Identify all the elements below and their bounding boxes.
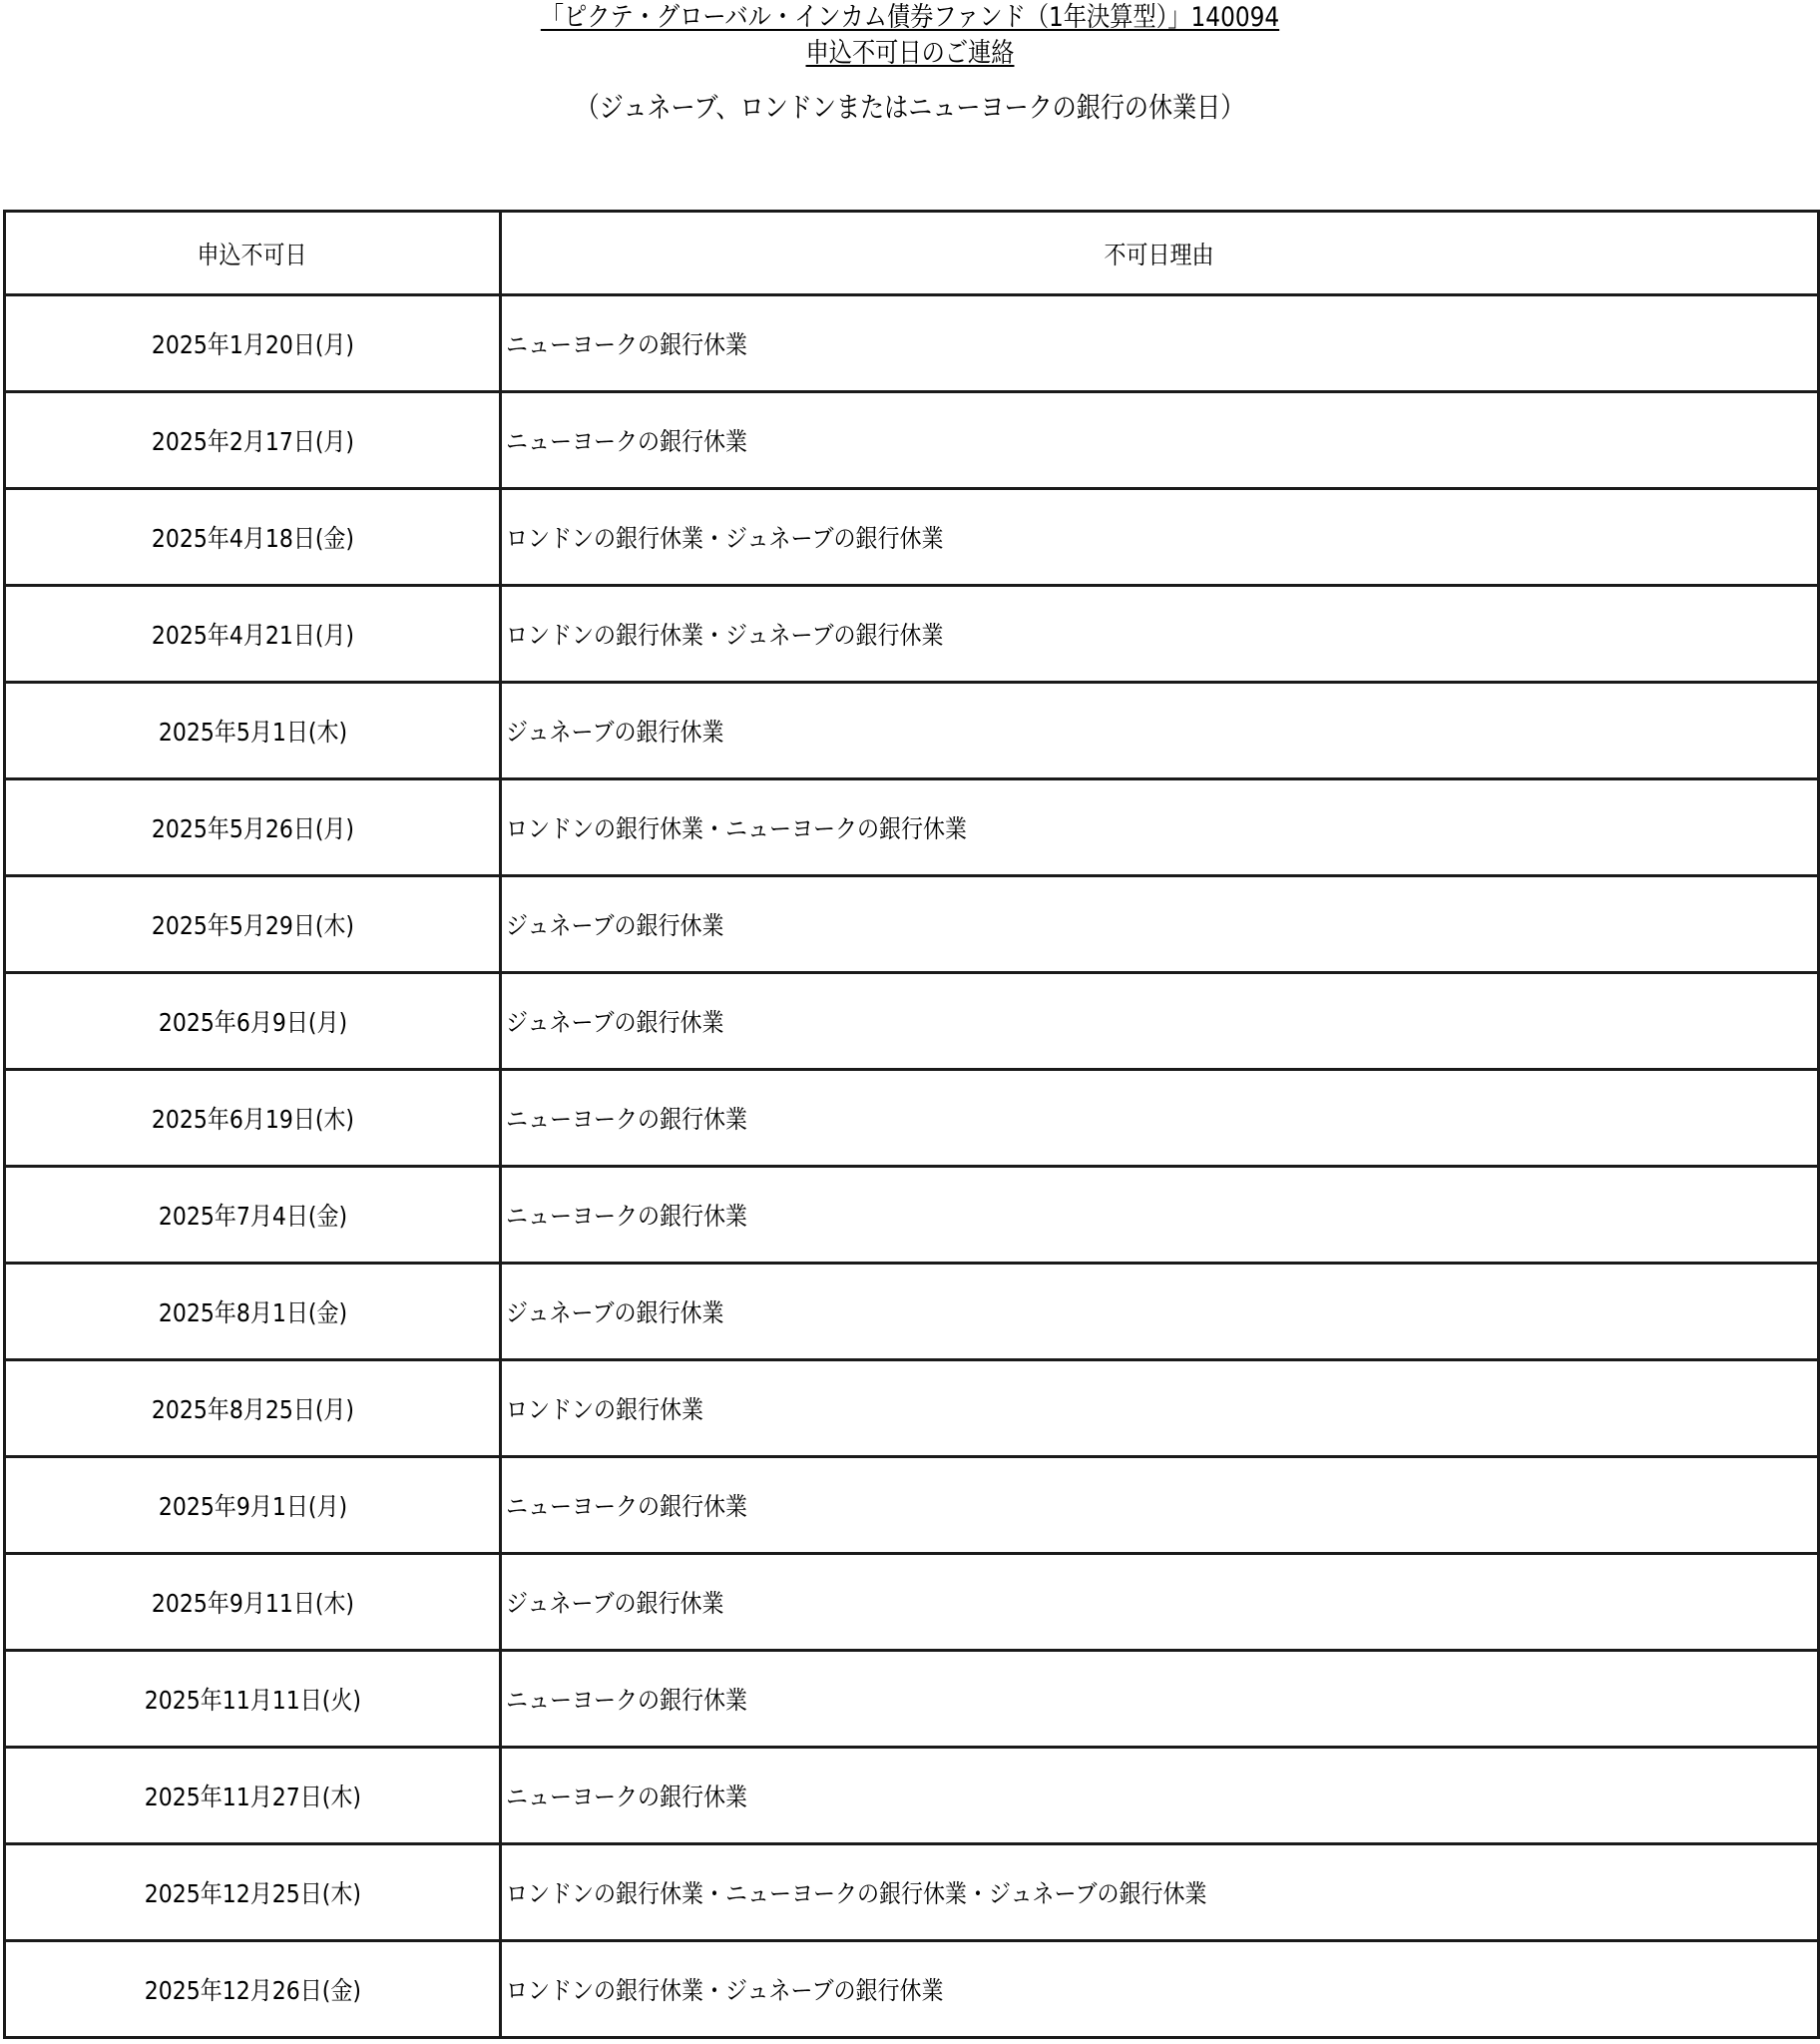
reason-cell: ロンドンの銀行休業・ニューヨークの銀行休業 bbox=[501, 779, 1819, 876]
non-application-dates-table: 申込不可日 不可日理由 2025年1月20日(月) ニューヨークの銀行休業 20… bbox=[3, 210, 1820, 2039]
reason-cell: ロンドンの銀行休業 bbox=[501, 1360, 1819, 1457]
table-row: 2025年8月25日(月) ロンドンの銀行休業 bbox=[5, 1360, 1819, 1457]
table-row: 2025年11月27日(木) ニューヨークの銀行休業 bbox=[5, 1748, 1819, 1844]
date-text: 2025年6月19日(木) bbox=[151, 1100, 353, 1136]
table-row: 2025年1月20日(月) ニューヨークの銀行休業 bbox=[5, 295, 1819, 392]
column-header-reason-label: 不可日理由 bbox=[1105, 236, 1214, 271]
date-cell: 2025年11月27日(木) bbox=[5, 1748, 501, 1844]
date-cell: 2025年6月9日(月) bbox=[5, 973, 501, 1070]
reason-text: ジュネーブの銀行休業 bbox=[506, 1584, 723, 1620]
date-cell: 2025年9月1日(月) bbox=[5, 1457, 501, 1554]
date-text: 2025年7月4日(金) bbox=[158, 1197, 346, 1233]
reason-text: ニューヨークの銀行休業 bbox=[506, 1778, 747, 1813]
reason-cell: ロンドンの銀行休業・ジュネーブの銀行休業 bbox=[501, 489, 1819, 586]
date-text: 2025年11月11日(火) bbox=[144, 1681, 360, 1717]
reason-text: ロンドンの銀行休業・ジュネーブの銀行休業 bbox=[506, 1971, 943, 2007]
reason-cell: ロンドンの銀行休業・ジュネーブの銀行休業 bbox=[501, 586, 1819, 683]
date-cell: 2025年9月11日(木) bbox=[5, 1554, 501, 1651]
reason-cell: ニューヨークの銀行休業 bbox=[501, 1748, 1819, 1844]
date-cell: 2025年5月26日(月) bbox=[5, 779, 501, 876]
reason-text: ロンドンの銀行休業・ジュネーブの銀行休業 bbox=[506, 616, 943, 652]
date-text: 2025年11月27日(木) bbox=[144, 1778, 360, 1813]
reason-text: ニューヨークの銀行休業 bbox=[506, 1681, 747, 1717]
reason-text: ジュネーブの銀行休業 bbox=[506, 1293, 723, 1329]
reason-text: ロンドンの銀行休業・ニューヨークの銀行休業・ジュネーブの銀行休業 bbox=[506, 1874, 1206, 1910]
page-subtitle: （ジュネーブ、ロンドンまたはニューヨークの銀行の休業日） bbox=[128, 88, 1693, 128]
date-cell: 2025年5月1日(木) bbox=[5, 683, 501, 779]
reason-text: ニューヨークの銀行休業 bbox=[506, 1100, 747, 1136]
date-cell: 2025年12月26日(金) bbox=[5, 1941, 501, 2038]
reason-cell: ニューヨークの銀行休業 bbox=[501, 1167, 1819, 1264]
table-row: 2025年4月21日(月) ロンドンの銀行休業・ジュネーブの銀行休業 bbox=[5, 586, 1819, 683]
date-text: 2025年12月26日(金) bbox=[144, 1971, 360, 2007]
table-row: 2025年2月17日(月) ニューヨークの銀行休業 bbox=[5, 392, 1819, 489]
table-row: 2025年7月4日(金) ニューヨークの銀行休業 bbox=[5, 1167, 1819, 1264]
reason-text: ジュネーブの銀行休業 bbox=[506, 713, 723, 749]
reason-cell: ジュネーブの銀行休業 bbox=[501, 683, 1819, 779]
table-row: 2025年5月29日(木) ジュネーブの銀行休業 bbox=[5, 876, 1819, 973]
reason-cell: ジュネーブの銀行休業 bbox=[501, 1264, 1819, 1360]
reason-cell: ニューヨークの銀行休業 bbox=[501, 1457, 1819, 1554]
date-cell: 2025年4月18日(金) bbox=[5, 489, 501, 586]
reason-cell: ニューヨークの銀行休業 bbox=[501, 295, 1819, 392]
reason-cell: ニューヨークの銀行休業 bbox=[501, 392, 1819, 489]
table-row: 2025年5月26日(月) ロンドンの銀行休業・ニューヨークの銀行休業 bbox=[5, 779, 1819, 876]
page-heading: 申込不可日のご連絡 bbox=[128, 36, 1693, 72]
date-text: 2025年4月21日(月) bbox=[151, 616, 353, 652]
reason-cell: ロンドンの銀行休業・ニューヨークの銀行休業・ジュネーブの銀行休業 bbox=[501, 1844, 1819, 1941]
date-text: 2025年2月17日(月) bbox=[151, 422, 353, 458]
table-row: 2025年6月19日(木) ニューヨークの銀行休業 bbox=[5, 1070, 1819, 1167]
reason-text: ロンドンの銀行休業・ジュネーブの銀行休業 bbox=[506, 519, 943, 555]
table-row: 2025年12月25日(木) ロンドンの銀行休業・ニューヨークの銀行休業・ジュネ… bbox=[5, 1844, 1819, 1941]
table-row: 2025年8月1日(金) ジュネーブの銀行休業 bbox=[5, 1264, 1819, 1360]
date-cell: 2025年6月19日(木) bbox=[5, 1070, 501, 1167]
date-text: 2025年9月1日(月) bbox=[158, 1487, 346, 1523]
table-row: 2025年12月26日(金) ロンドンの銀行休業・ジュネーブの銀行休業 bbox=[5, 1941, 1819, 2038]
column-header-date: 申込不可日 bbox=[5, 212, 501, 295]
table-header-row: 申込不可日 不可日理由 bbox=[5, 212, 1819, 295]
reason-cell: ジュネーブの銀行休業 bbox=[501, 876, 1819, 973]
reason-text: ニューヨークの銀行休業 bbox=[506, 1197, 747, 1233]
column-header-reason: 不可日理由 bbox=[501, 212, 1819, 295]
table-row: 2025年9月1日(月) ニューヨークの銀行休業 bbox=[5, 1457, 1819, 1554]
date-text: 2025年4月18日(金) bbox=[151, 519, 353, 555]
reason-cell: ジュネーブの銀行休業 bbox=[501, 1554, 1819, 1651]
date-cell: 2025年1月20日(月) bbox=[5, 295, 501, 392]
reason-text: ニューヨークの銀行休業 bbox=[506, 325, 747, 361]
date-text: 2025年8月1日(金) bbox=[158, 1293, 346, 1329]
date-text: 2025年5月29日(木) bbox=[151, 906, 353, 942]
date-cell: 2025年12月25日(木) bbox=[5, 1844, 501, 1941]
date-text: 2025年5月1日(木) bbox=[158, 713, 346, 749]
date-text: 2025年6月9日(月) bbox=[158, 1003, 346, 1039]
title-block: 「ピクテ・グローバル・インカム債券ファンド（1年決算型）」140094 申込不可… bbox=[0, 0, 1820, 128]
date-text: 2025年1月20日(月) bbox=[151, 325, 353, 361]
date-cell: 2025年8月1日(金) bbox=[5, 1264, 501, 1360]
date-cell: 2025年5月29日(木) bbox=[5, 876, 501, 973]
date-cell: 2025年4月21日(月) bbox=[5, 586, 501, 683]
reason-cell: ジュネーブの銀行休業 bbox=[501, 973, 1819, 1070]
date-cell: 2025年8月25日(月) bbox=[5, 1360, 501, 1457]
reason-text: ニューヨークの銀行休業 bbox=[506, 1487, 747, 1523]
date-text: 2025年9月11日(木) bbox=[151, 1584, 353, 1620]
reason-text: ロンドンの銀行休業・ニューヨークの銀行休業 bbox=[506, 809, 967, 845]
reason-text: ロンドンの銀行休業 bbox=[506, 1390, 703, 1426]
column-header-date-label: 申込不可日 bbox=[198, 236, 307, 271]
table-row: 2025年4月18日(金) ロンドンの銀行休業・ジュネーブの銀行休業 bbox=[5, 489, 1819, 586]
date-text: 2025年5月26日(月) bbox=[151, 809, 353, 845]
reason-text: ニューヨークの銀行休業 bbox=[506, 422, 747, 458]
reason-text: ジュネーブの銀行休業 bbox=[506, 1003, 723, 1039]
fund-title: 「ピクテ・グローバル・インカム債券ファンド（1年決算型）」140094 bbox=[128, 0, 1693, 36]
table-row: 2025年6月9日(月) ジュネーブの銀行休業 bbox=[5, 973, 1819, 1070]
reason-cell: ニューヨークの銀行休業 bbox=[501, 1070, 1819, 1167]
date-text: 2025年8月25日(月) bbox=[151, 1390, 353, 1426]
reason-text: ジュネーブの銀行休業 bbox=[506, 906, 723, 942]
table-row: 2025年5月1日(木) ジュネーブの銀行休業 bbox=[5, 683, 1819, 779]
table-row: 2025年11月11日(火) ニューヨークの銀行休業 bbox=[5, 1651, 1819, 1748]
table-row: 2025年9月11日(木) ジュネーブの銀行休業 bbox=[5, 1554, 1819, 1651]
date-cell: 2025年11月11日(火) bbox=[5, 1651, 501, 1748]
date-cell: 2025年2月17日(月) bbox=[5, 392, 501, 489]
date-text: 2025年12月25日(木) bbox=[144, 1874, 360, 1910]
reason-cell: ニューヨークの銀行休業 bbox=[501, 1651, 1819, 1748]
date-cell: 2025年7月4日(金) bbox=[5, 1167, 501, 1264]
reason-cell: ロンドンの銀行休業・ジュネーブの銀行休業 bbox=[501, 1941, 1819, 2038]
